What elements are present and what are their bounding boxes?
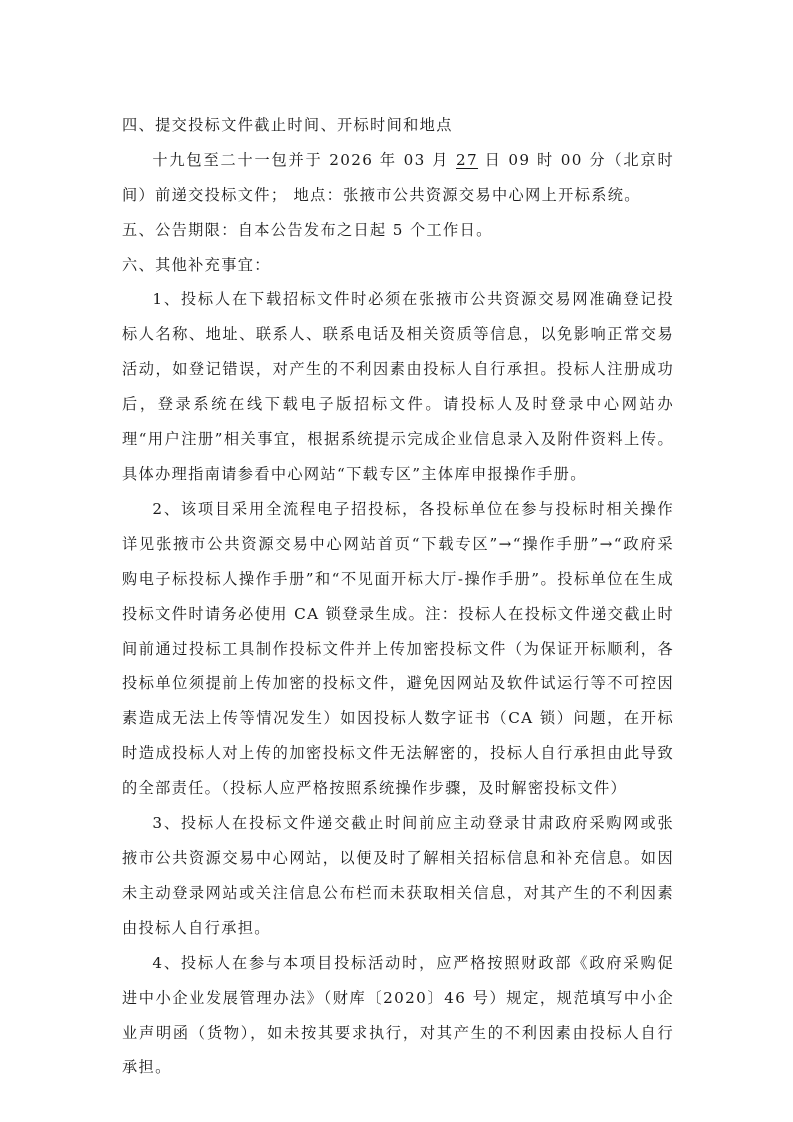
section-6-item-1: 1、投标人在下载招标文件时必须在张掖市公共资源交易网准确登记投标人名称、地址、联… (122, 282, 674, 491)
section-6-item-2: 2、该项目采用全流程电子招投标，各投标单位在参与投标时相关操作详见张掖市公共资源… (122, 492, 674, 806)
deadline-day-underlined: 27 (456, 151, 478, 169)
section-5-heading: 五、公告期限：自本公告发布之日起 5 个工作日。 (122, 213, 674, 248)
section-6-item-3: 3、投标人在投标文件递交截止时间前应主动登录甘肃政府采购网或张掖市公共资源交易中… (122, 806, 674, 946)
section-6-heading: 六、其他补充事宜： (122, 248, 674, 283)
section-4-heading: 四、提交投标文件截止时间、开标时间和地点 (122, 108, 674, 143)
section-4-body: 十九包至二十一包并于 2026 年 03 月 27 日 09 时 00 分（北京… (122, 143, 674, 213)
section-6-item-4: 4、投标人在参与本项目投标活动时，应严格按照财政部《政府采购促进中小企业发展管理… (122, 946, 674, 1086)
document-page: 四、提交投标文件截止时间、开标时间和地点 十九包至二十一包并于 2026 年 0… (122, 108, 674, 1085)
section-4-text-before-date: 十九包至二十一包并于 2026 年 03 月 (152, 151, 456, 169)
